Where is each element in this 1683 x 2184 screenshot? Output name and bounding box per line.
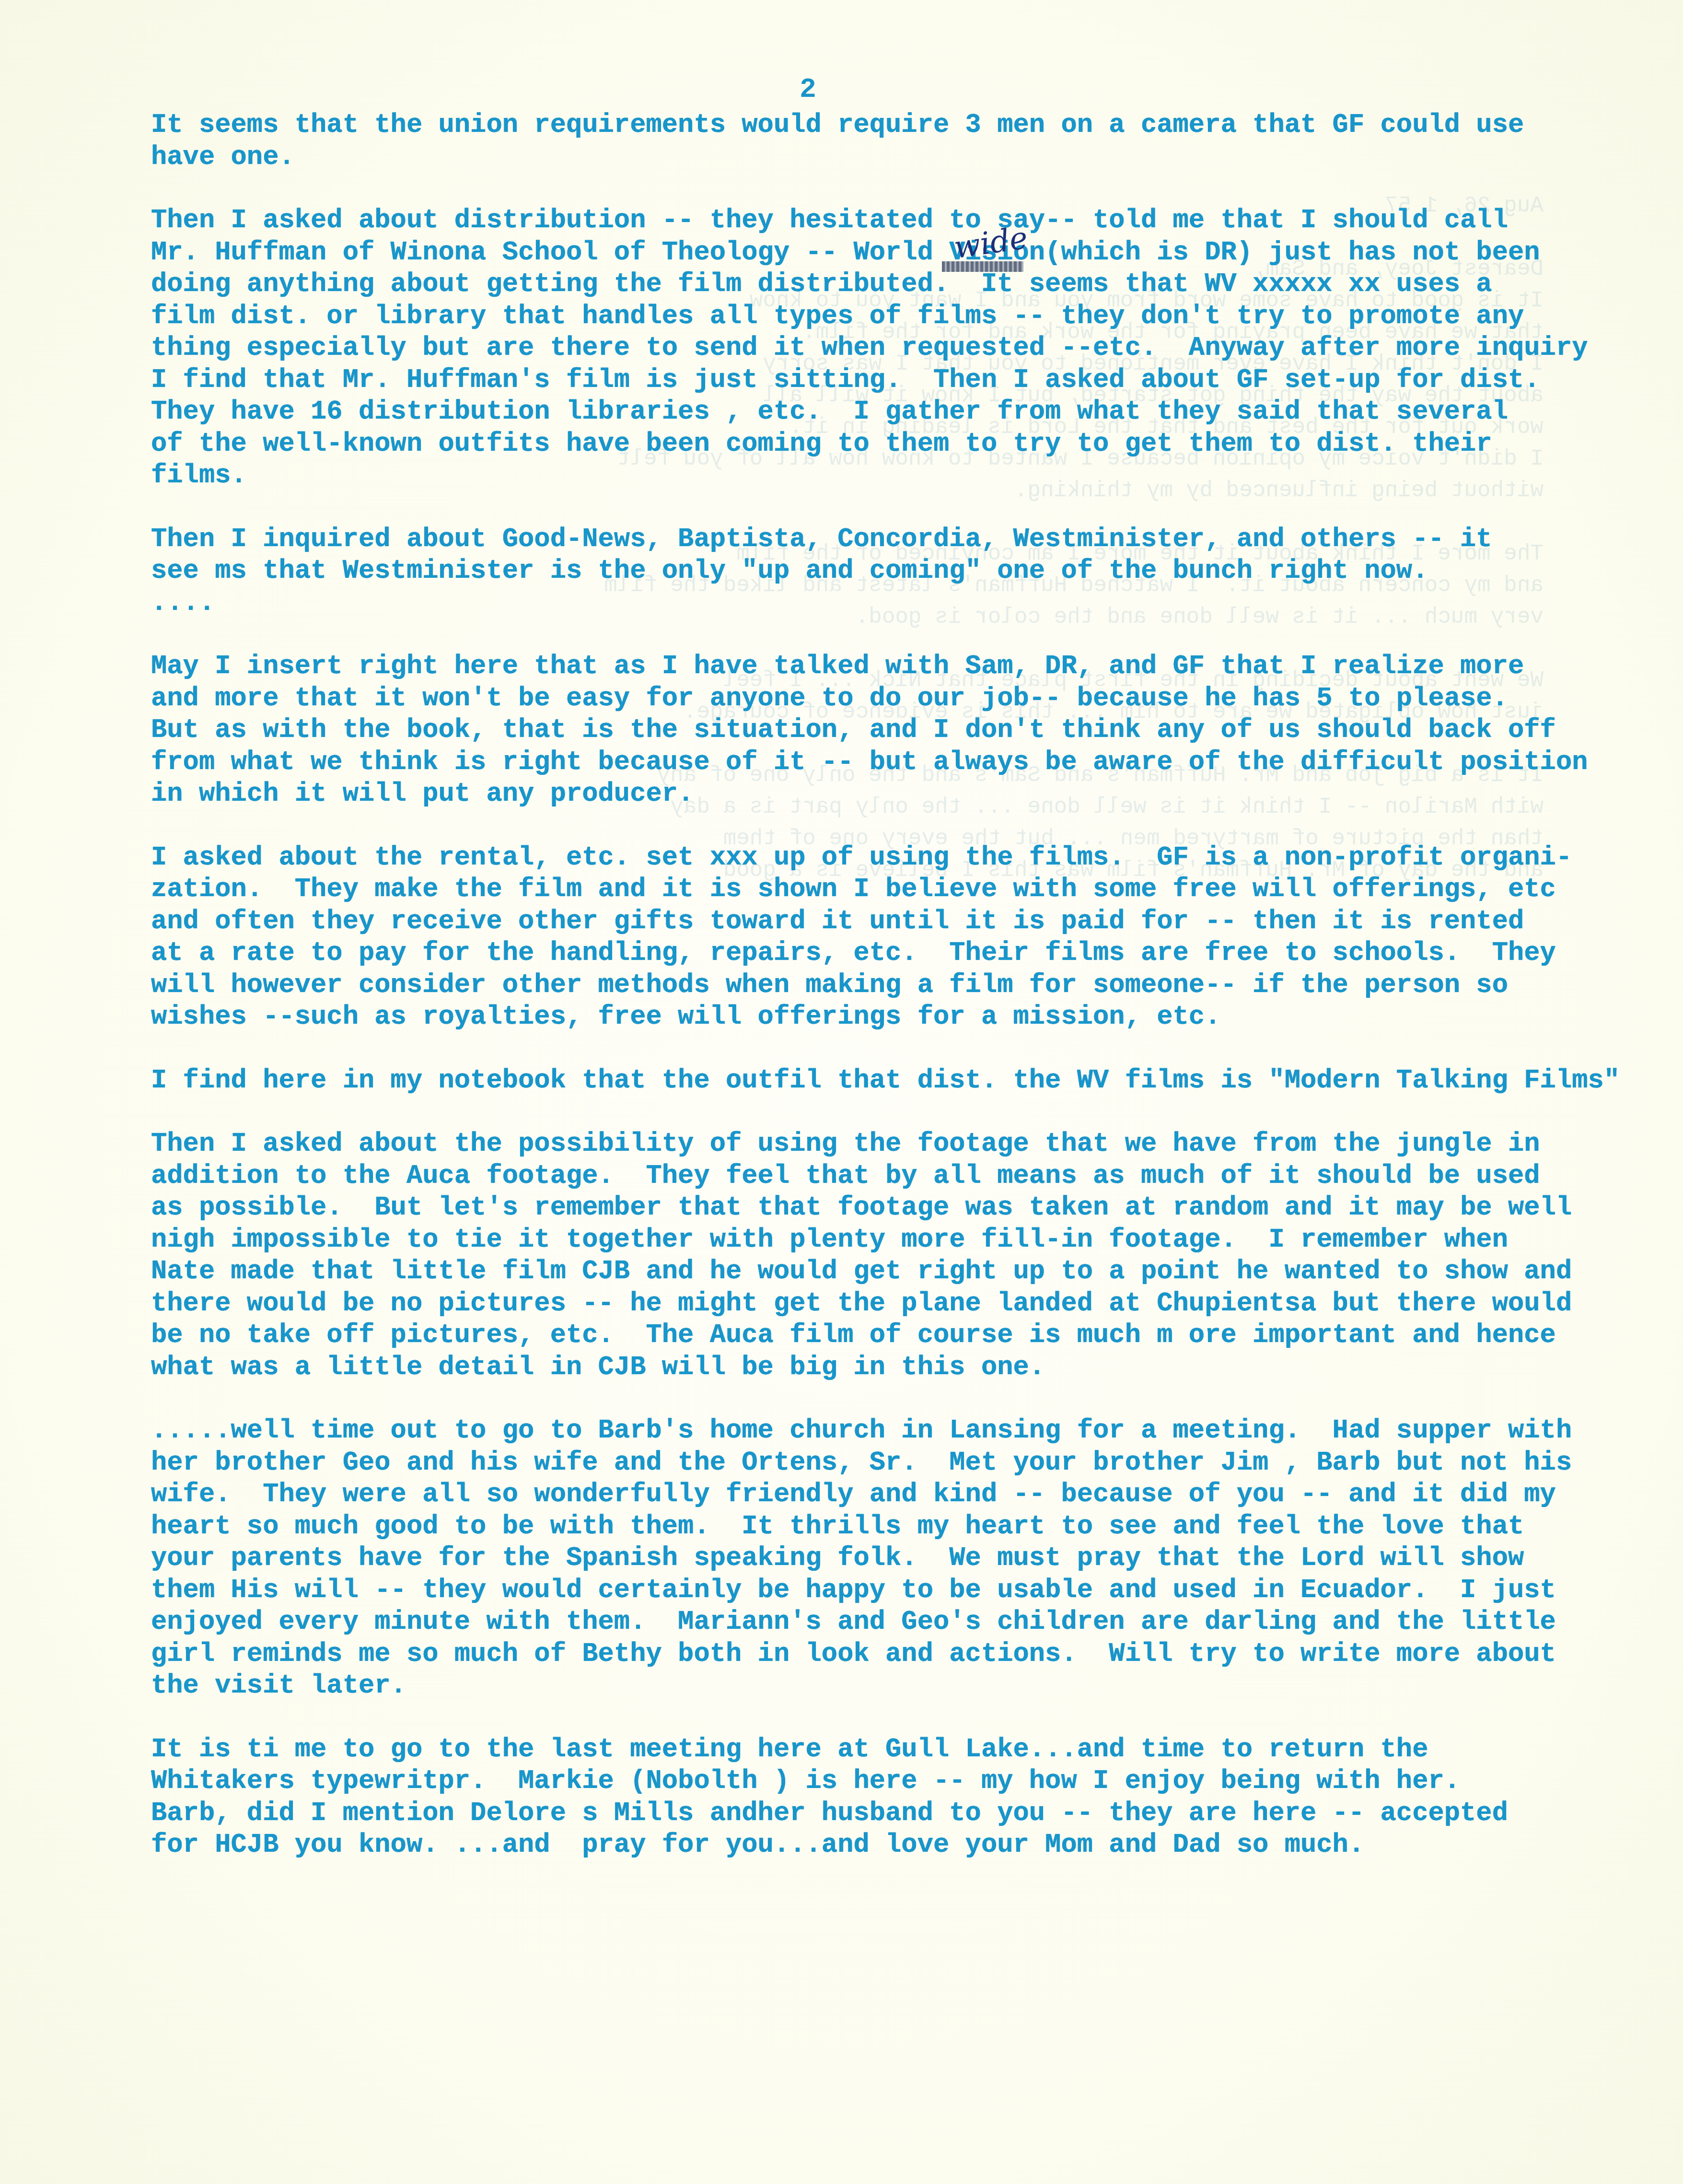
text-line: and often they receive other gifts towar… <box>151 906 1613 938</box>
paragraph-gap <box>151 810 1613 842</box>
text-line: wife. They were all so wonderfully frien… <box>151 1479 1613 1511</box>
text-line: have one. <box>151 141 1613 174</box>
text-line: see ms that Westminister is the only "up… <box>151 555 1613 587</box>
text-line: May I insert right here that as I have t… <box>151 651 1613 683</box>
text-line: her brother Geo and his wife and the Ort… <box>151 1447 1613 1479</box>
paragraph: Then I asked about the possibility of us… <box>151 1128 1613 1383</box>
text-line: film dist. or library that handles all t… <box>151 301 1613 333</box>
text-line: It seems that the union requirements wou… <box>151 109 1613 141</box>
text-line: I find that Mr. Huffman's film is just s… <box>151 364 1613 397</box>
paragraph-gap <box>151 1097 1613 1128</box>
text-line: as possible. But let's remember that tha… <box>151 1192 1613 1224</box>
text-line: them His will -- they would certainly be… <box>151 1575 1613 1607</box>
text-line: for HCJB you know. ...and pray for you..… <box>151 1829 1613 1861</box>
text-line: will however consider other methods when… <box>151 969 1613 1002</box>
text-line: .....well time out to go to Barb's home … <box>151 1415 1613 1447</box>
paragraph: May I insert right here that as I have t… <box>151 651 1613 810</box>
paragraph: Then I inquired about Good-News, Baptist… <box>151 524 1613 619</box>
paragraph: I asked about the rental, etc. set xxx u… <box>151 842 1613 1033</box>
paragraph-gap <box>151 1702 1613 1734</box>
text-line: from what we think is right because of i… <box>151 747 1613 779</box>
text-line: there would be no pictures -- he might g… <box>151 1288 1613 1320</box>
paragraph-gap <box>151 1383 1613 1415</box>
text-line: But as with the book, that is the situat… <box>151 714 1613 747</box>
text-line: your parents have for the Spanish speaki… <box>151 1542 1613 1575</box>
text-line: of the well-known outfits have been comi… <box>151 428 1613 460</box>
text-line: at a rate to pay for the handling, repai… <box>151 937 1613 969</box>
text-line: nigh impossible to tie it together with … <box>151 1224 1613 1256</box>
text-line: doing anything about getting the film di… <box>151 269 1613 301</box>
letter-body: It seems that the union requirements wou… <box>151 109 1613 1861</box>
text-line: heart so much good to be with them. It t… <box>151 1511 1613 1543</box>
text-line: It is ti me to go to the last meeting he… <box>151 1734 1613 1766</box>
text-line: in which it will put any producer. <box>151 778 1613 810</box>
text-line: thing especially but are there to send i… <box>151 332 1613 364</box>
paragraph: It is ti me to go to the last meeting he… <box>151 1734 1613 1861</box>
text-line: Whitakers typewritpr. Markie (Nobolth ) … <box>151 1765 1613 1798</box>
text-line: addition to the Auca footage. They feel … <box>151 1160 1613 1192</box>
paragraph-gap <box>151 173 1613 205</box>
text-line: films. <box>151 460 1613 492</box>
text-line: Then I inquired about Good-News, Baptist… <box>151 524 1613 556</box>
text-line: girl reminds me so much of Bethy both in… <box>151 1638 1613 1670</box>
text-line: enjoyed every minute with them. Mariann'… <box>151 1606 1613 1638</box>
text-line: zation. They make the film and it is sho… <box>151 874 1613 906</box>
text-line: .... <box>151 587 1613 619</box>
text-line: Mr. Huffman of Winona School of Theology… <box>151 237 1613 269</box>
text-line: Then I asked about distribution -- they … <box>151 205 1613 237</box>
paragraph-gap <box>151 492 1613 524</box>
letter-page: Aug 26, 1 57 Dearest Joey, and Sam, It i… <box>0 0 1683 2184</box>
text-line: I find here in my notebook that the outf… <box>151 1065 1613 1097</box>
text-line: what was a little detail in CJB will be … <box>151 1352 1613 1384</box>
paragraph: It seems that the union requirements wou… <box>151 109 1613 173</box>
text-line: wishes --such as royalties, free will of… <box>151 1001 1613 1033</box>
text-line: be no take off pictures, etc. The Auca f… <box>151 1320 1613 1352</box>
text-line: the visit later. <box>151 1670 1613 1702</box>
text-line: Then I asked about the possibility of us… <box>151 1128 1613 1160</box>
text-line: and more that it won't be easy for anyon… <box>151 683 1613 715</box>
page-number: 2 <box>800 74 816 105</box>
text-line: Nate made that little film CJB and he wo… <box>151 1256 1613 1288</box>
text-line: I asked about the rental, etc. set xxx u… <box>151 842 1613 874</box>
struck-out-word <box>942 261 1023 272</box>
paragraph-gap <box>151 619 1613 651</box>
paragraph: .....well time out to go to Barb's home … <box>151 1415 1613 1702</box>
paragraph: Then I asked about distribution -- they … <box>151 205 1613 492</box>
text-line: Barb, did I mention Delore s Mills andhe… <box>151 1798 1613 1830</box>
paragraph: I find here in my notebook that the outf… <box>151 1065 1613 1097</box>
paragraph-gap <box>151 1033 1613 1065</box>
text-line: They have 16 distribution libraries , et… <box>151 396 1613 428</box>
